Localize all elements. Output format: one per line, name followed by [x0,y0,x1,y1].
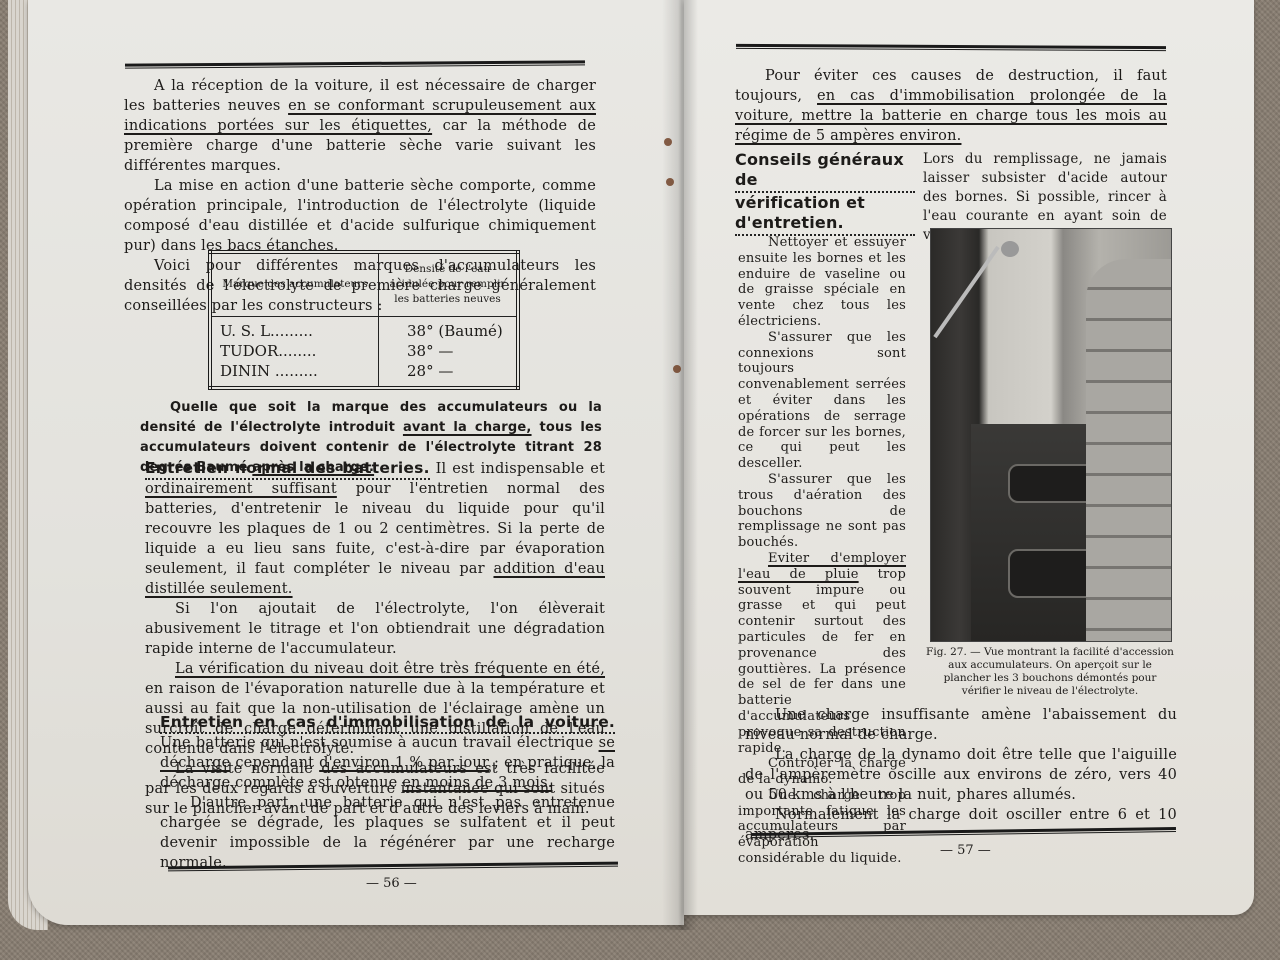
figure-27-caption: Fig. 27. — Vue montrant la facilité d'ac… [925,646,1175,698]
density-usl: 38° (Baumé) [407,321,508,341]
page-number-56: — 56 — [366,876,417,891]
heading-general-advice: Conseils généraux de vérification et d'e… [735,150,915,236]
photo-knob [1001,241,1019,257]
brand-usl: U. S. L......... [220,321,370,341]
rust-stain [664,138,672,146]
figure-27-photo [930,228,1172,642]
header-brand: Marque des accumulateurs [210,252,379,316]
table-header-row: Marque des accumulateurs Densité de l'ea… [210,252,518,316]
photo-seat [1086,259,1172,642]
rust-stain [673,365,681,373]
header-density: Densité de l'eau acidulée pour remplir l… [379,252,519,316]
density-dinin: 28° — [407,361,508,381]
heading-normal-maintenance: Entretien normal des batteries. [145,459,430,480]
photo-lever [933,246,999,338]
right-bottom-text: Une charge insuffisante amène l'abaissem… [745,705,1177,845]
right-intro: Pour éviter ces causes de destruction, i… [735,66,1167,146]
brand-tudor: TUDOR........ [220,341,370,361]
brand-dinin: DININ ......... [220,361,370,381]
rust-stain [666,178,674,186]
section-immobilisation: Entretien en cas d'immobilisation de la … [160,712,615,873]
page-number-57: — 57 — [940,843,991,858]
intro-paragraph-1: A la réception de la voiture, il est néc… [124,76,596,176]
table-body: U. S. L......... TUDOR........ DININ ...… [210,316,518,388]
density-tudor: 38° — [407,341,508,361]
heading-immobilisation: Entretien en cas d'immobilisation de la … [160,713,615,734]
density-table: Marque des accumulateurs Densité de l'ea… [208,250,520,390]
intro-paragraph-2: La mise en action d'une batterie sèche c… [124,176,596,256]
photo-floor [971,424,1101,641]
